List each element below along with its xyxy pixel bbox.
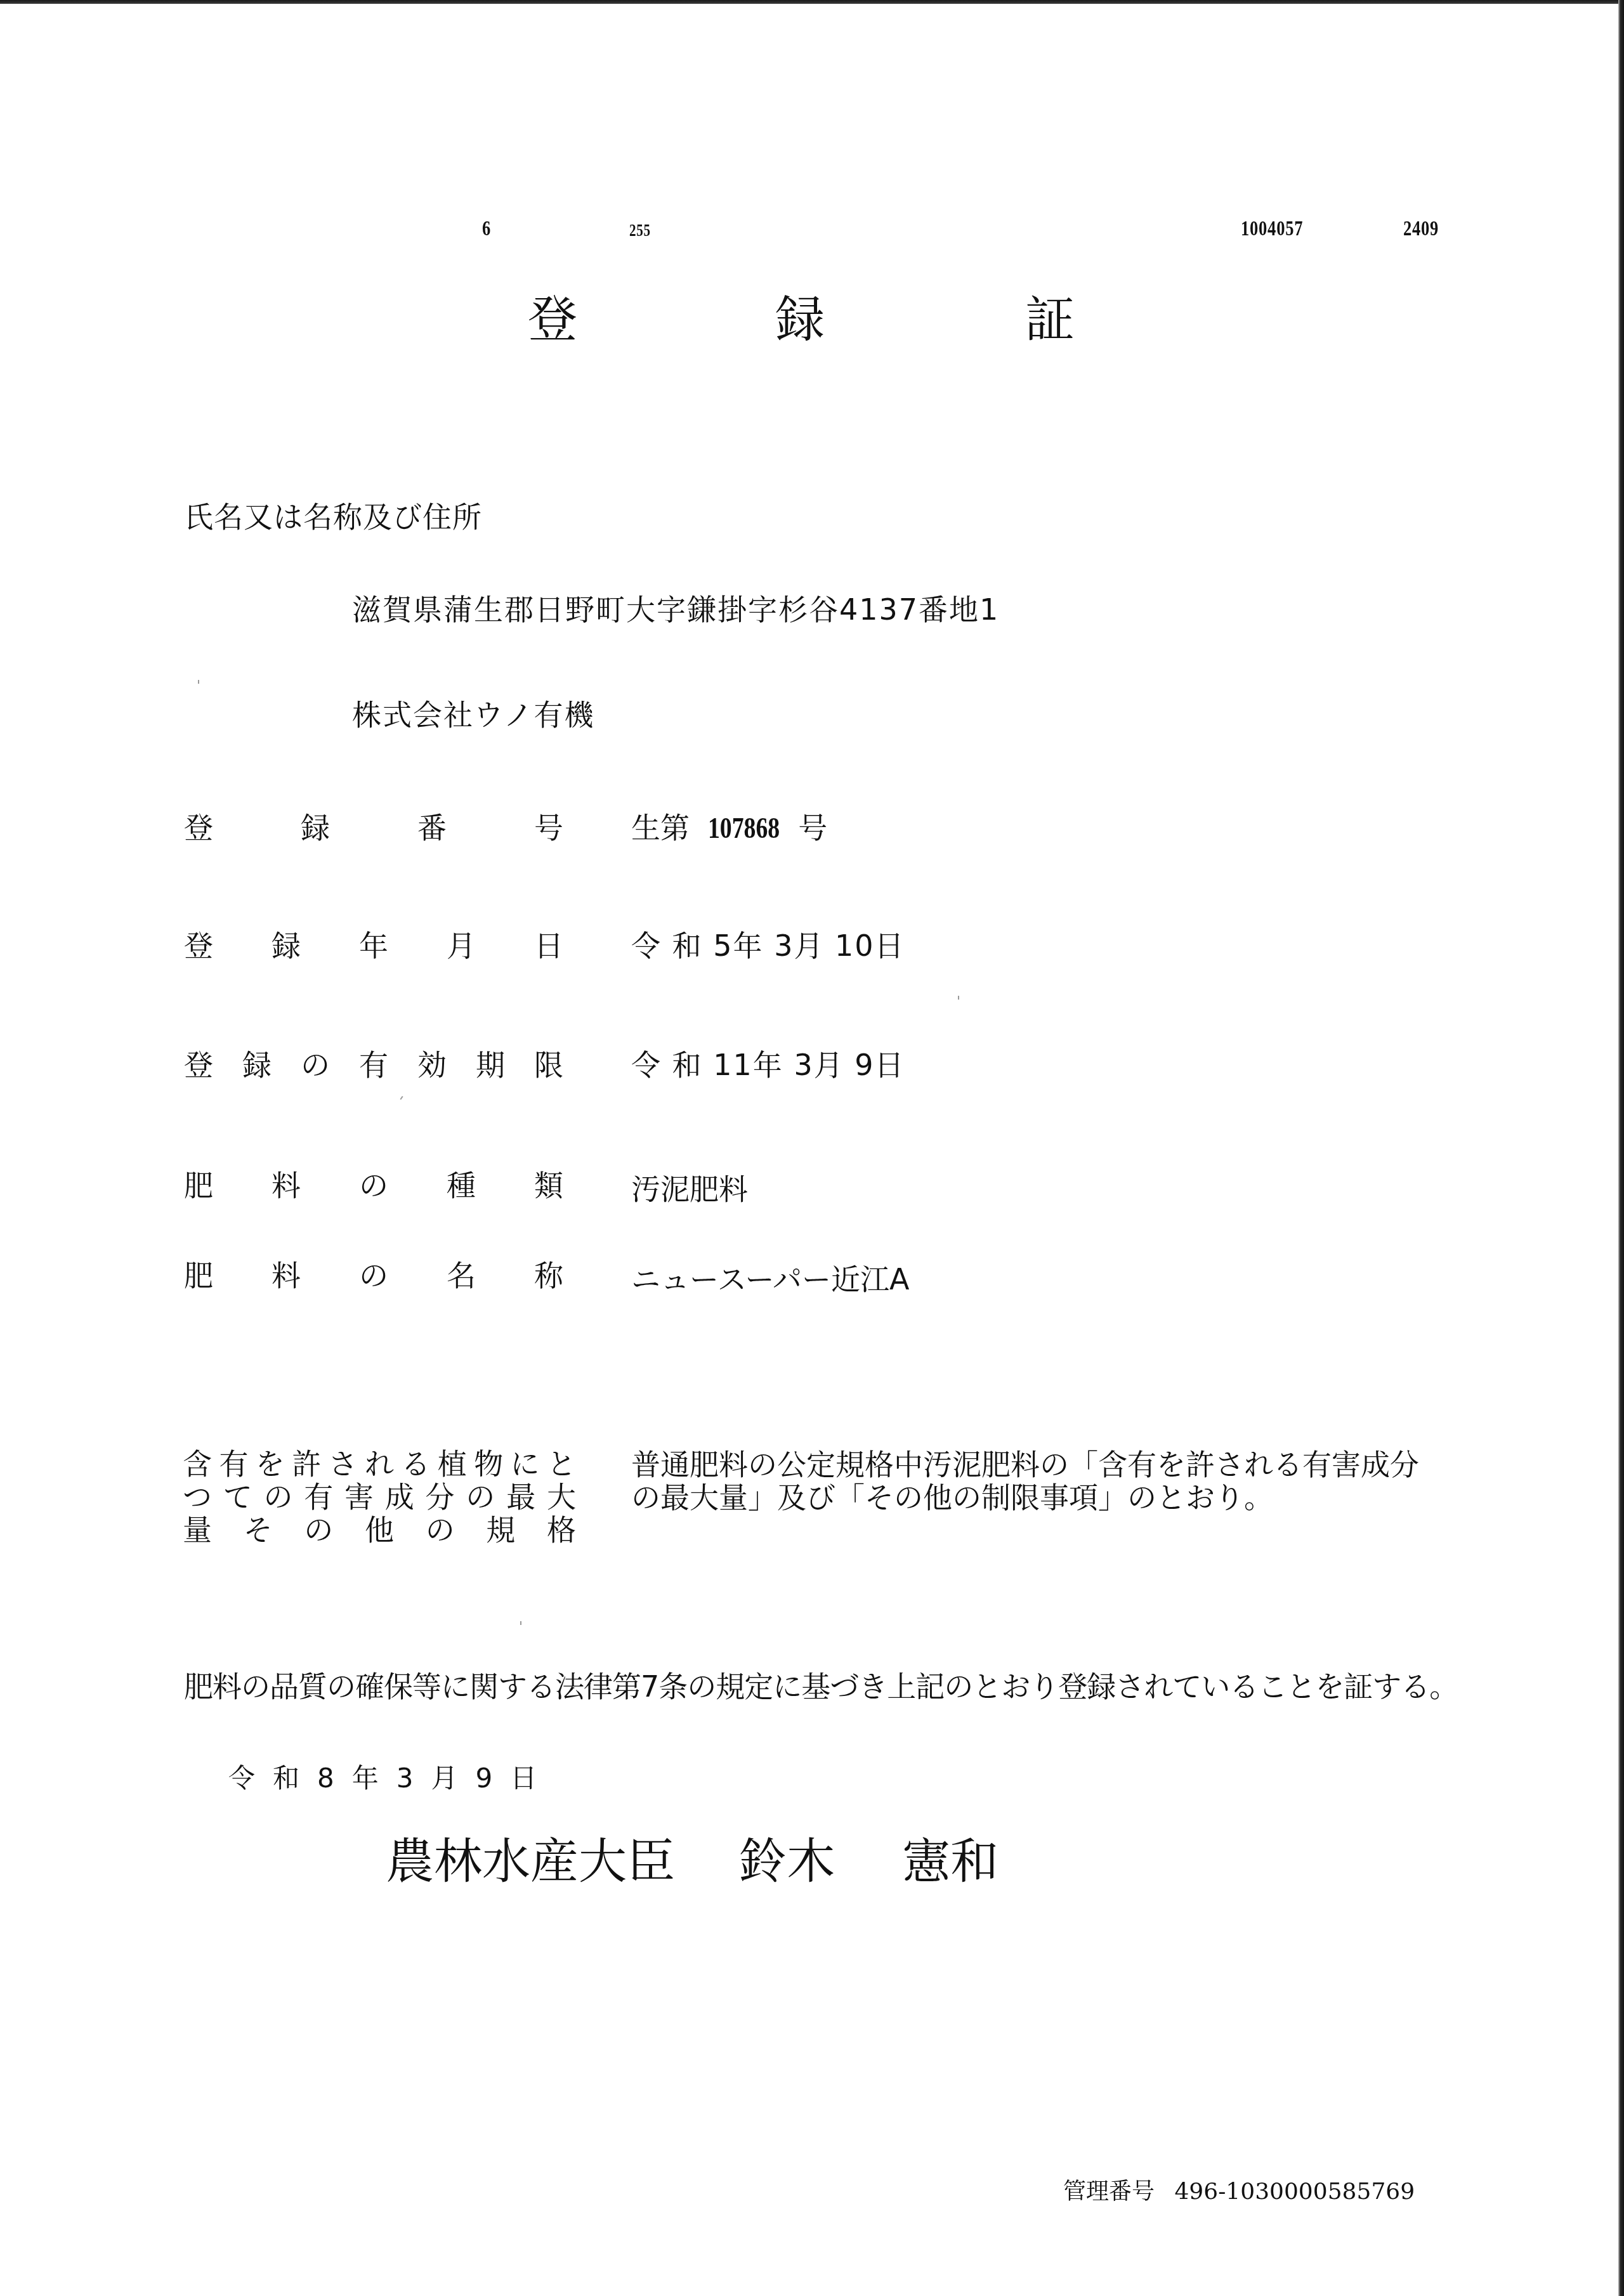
- registration-number-label: 登 録 番 号: [184, 809, 563, 846]
- scan-speck: [958, 996, 959, 1000]
- expiry-date-value: 令 和 11年 3月 9日: [631, 1047, 905, 1083]
- header-code-3: 1004057: [1241, 217, 1303, 241]
- scan-speck: [198, 680, 199, 684]
- management-number: 管理番号 496-1030000585769: [1063, 2178, 1415, 2206]
- header-code-4: 2409: [1403, 217, 1439, 241]
- scan-edge-right: [1618, 0, 1624, 2296]
- scan-edge-top: [0, 0, 1624, 4]
- fertilizer-type-value: 汚泥肥料: [631, 1171, 748, 1208]
- signatory-family-name: 鈴木: [738, 1833, 835, 1889]
- harmful-components-label-row-3: 量 そ の 他 の 規 格: [183, 1513, 576, 1546]
- management-number-label: 管理番号: [1063, 2179, 1155, 2205]
- registrant-heading: 氏名又は名称及び住所: [184, 499, 482, 535]
- registrant-company: 株式会社ウノ有機: [352, 696, 595, 733]
- signatory-given-name: 憲和: [902, 1833, 999, 1889]
- harmful-components-label-row-2: つ て の 有 害 成 分 の 最 大: [183, 1480, 576, 1513]
- harmful-components-label: 含 有 を 許 さ れ る 植 物 に と つ て の 有 害 成 分 の 最 …: [183, 1447, 576, 1546]
- title-char-3: 証: [1025, 296, 1075, 345]
- registration-number-value: 生第 107868 号: [631, 809, 827, 847]
- registration-certificate: 6 255 1004057 2409 登 録 証 氏名又は名称及び住所 滋賀県蒲…: [0, 0, 1624, 2296]
- title-char-2: 録: [775, 296, 825, 345]
- header-code-2: 255: [629, 221, 651, 240]
- fertilizer-name-value: ニュースーパー近江A: [631, 1261, 910, 1298]
- harmful-components-label-row-1: 含 有 を 許 さ れ る 植 物 に と: [183, 1447, 576, 1480]
- management-number-value: 496-1030000585769: [1174, 2179, 1415, 2205]
- fertilizer-type-label: 肥 料 の 種 類: [184, 1167, 563, 1204]
- issue-date: 令 和 8 年 3 月 9 日: [228, 1761, 537, 1796]
- header-code-1: 6: [482, 217, 491, 241]
- signatory-title: 農林水産大臣: [386, 1833, 675, 1889]
- expiry-date-label: 登 録 の 有 効 期 限: [184, 1047, 563, 1083]
- scan-speck: [400, 1096, 403, 1100]
- harmful-components-value-line-1: 普通肥料の公定規格中汚泥肥料の「含有を許される有害成分: [631, 1446, 1419, 1483]
- signatory: 農林水産大臣 鈴木 憲和: [386, 1834, 999, 1889]
- registrant-address: 滋賀県蒲生郡日野町大字鎌掛字杉谷4137番地1: [352, 591, 999, 628]
- registration-date-label: 登 録 年 月 日: [184, 927, 563, 964]
- registration-date-value: 令 和 5年 3月 10日: [631, 927, 905, 964]
- title-char-1: 登: [528, 296, 577, 345]
- harmful-components-value-line-2: の最大量」及び「その他の制限事項」のとおり。: [631, 1479, 1273, 1516]
- fertilizer-name-label: 肥 料 の 名 称: [184, 1257, 563, 1294]
- scan-speck: [520, 1621, 521, 1625]
- certification-statement: 肥料の品質の確保等に関する法律第7条の規定に基づき上記のとおり登録されていること…: [184, 1668, 1458, 1705]
